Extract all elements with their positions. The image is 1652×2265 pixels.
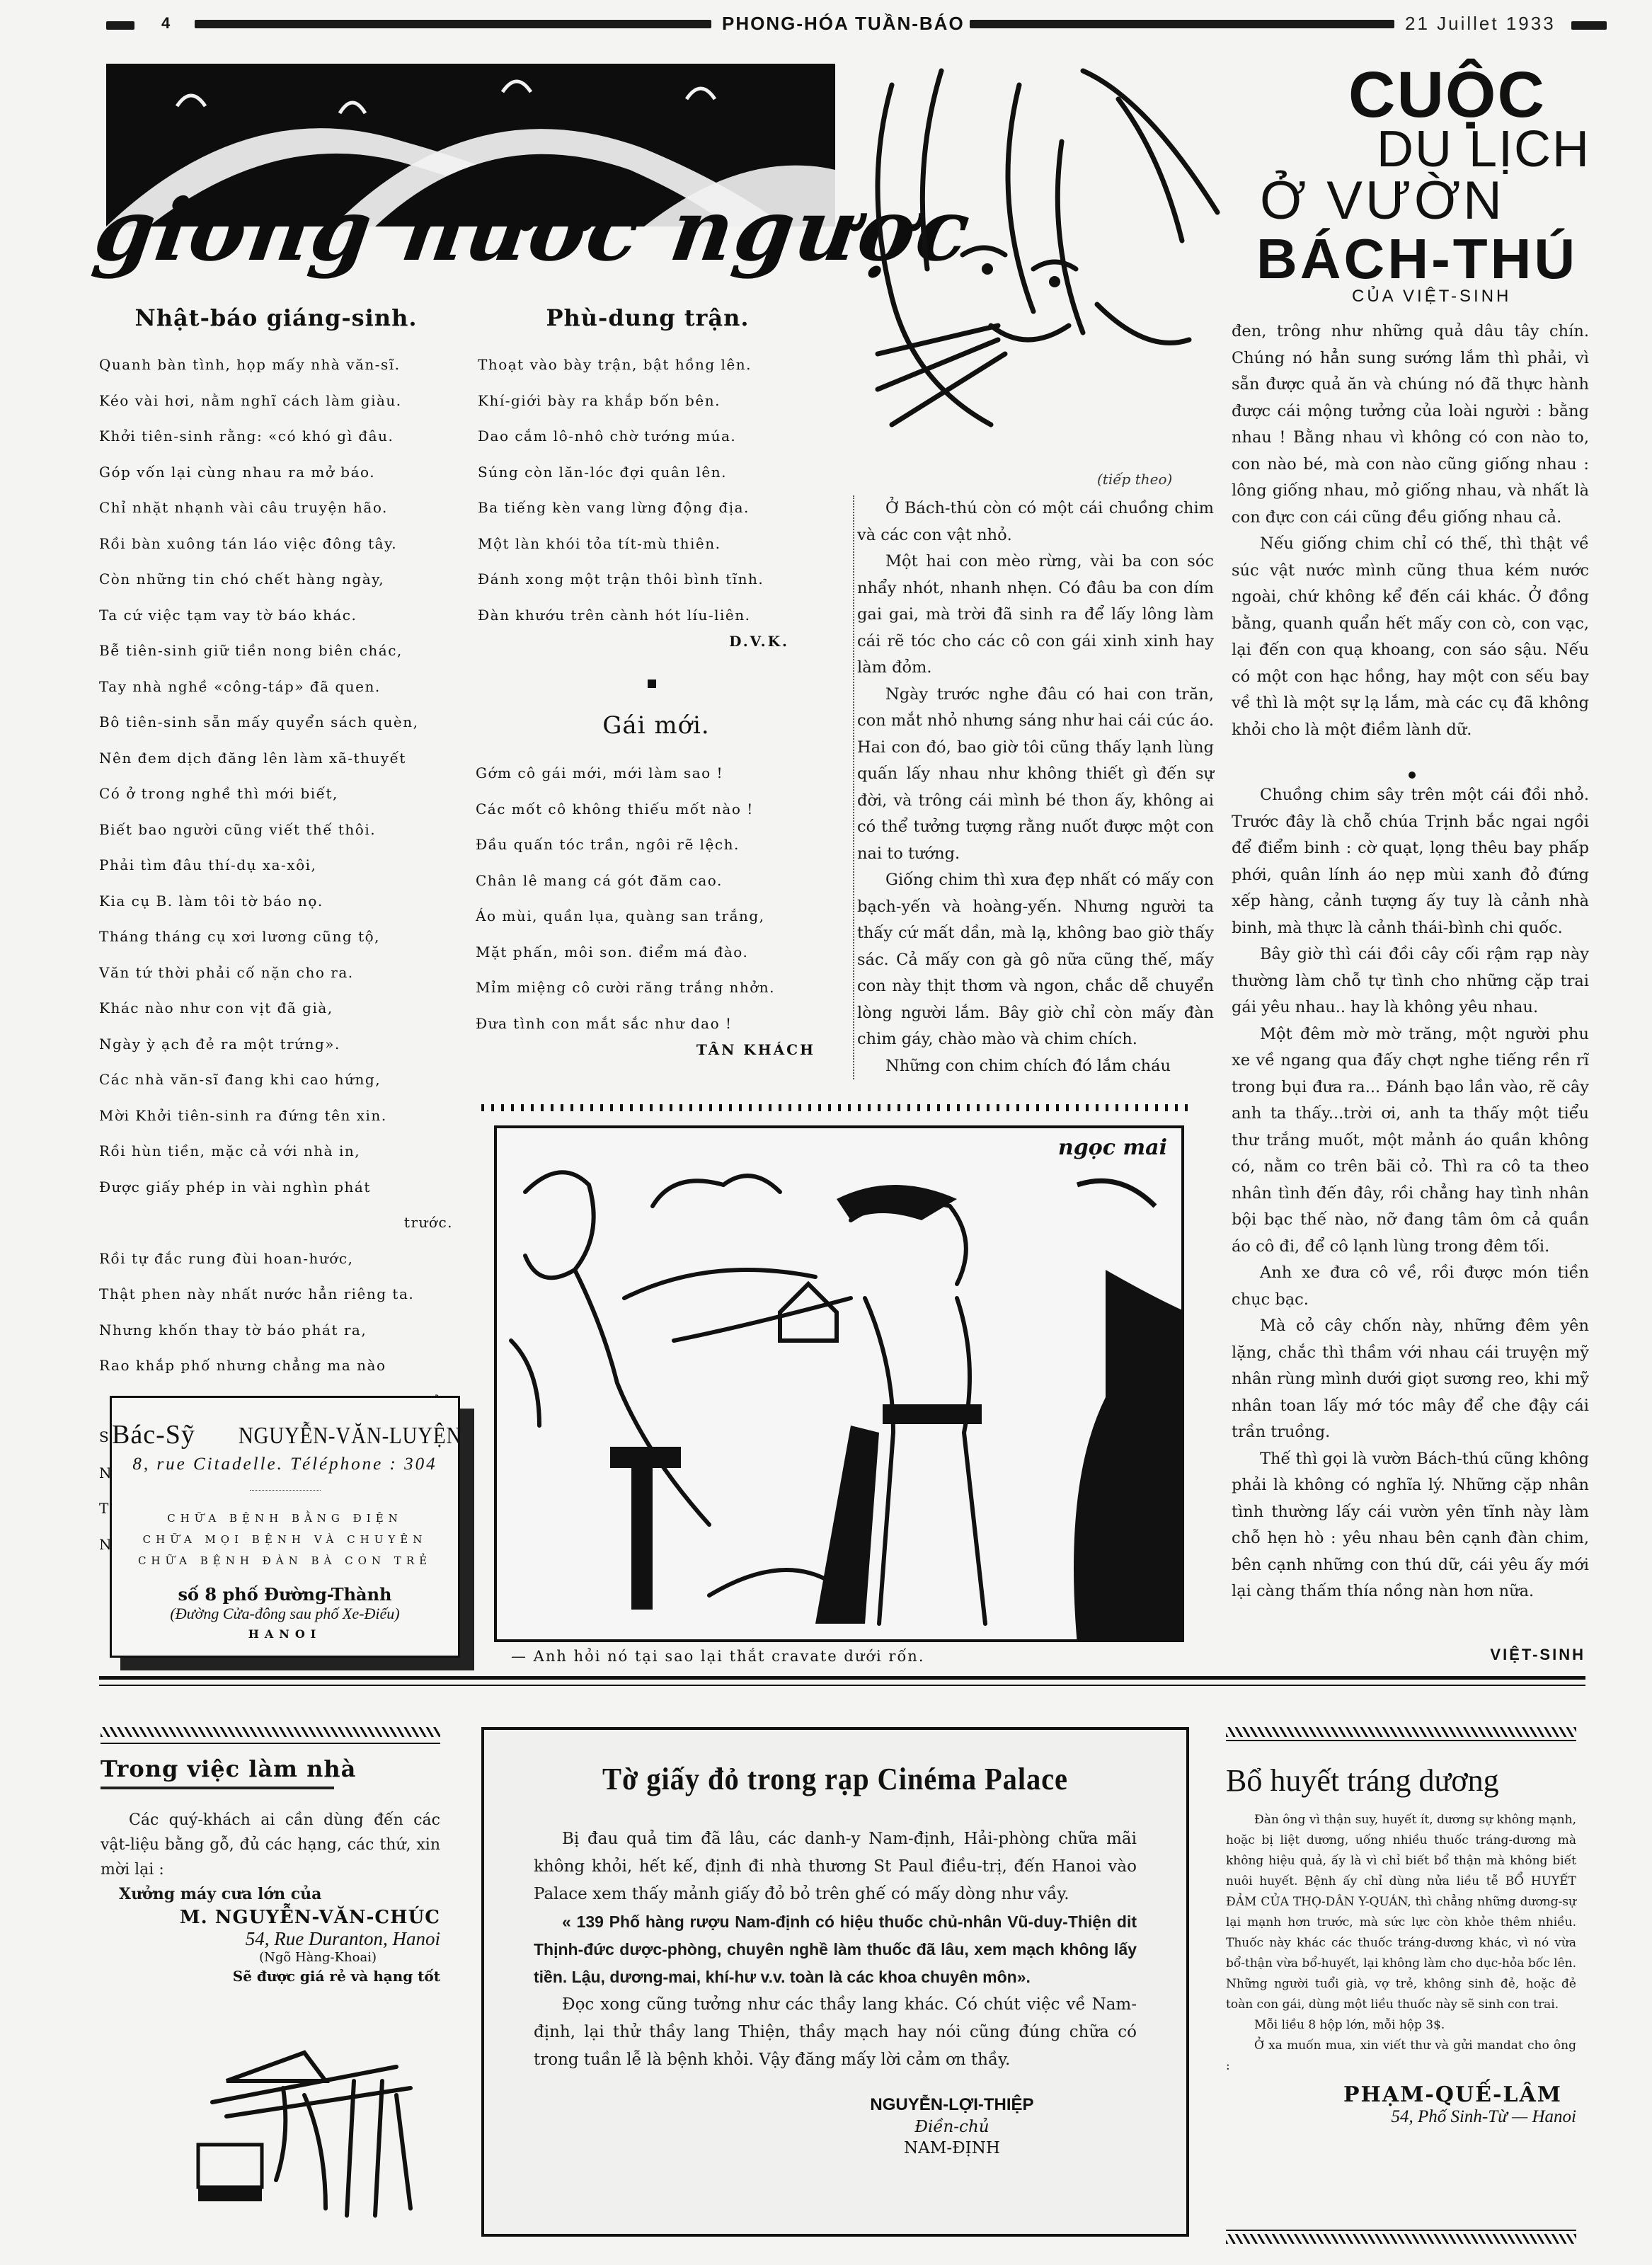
poem-author: TÂN KHÁCH <box>476 1041 837 1058</box>
title-underline <box>101 1787 334 1789</box>
ad-bottom-hatch <box>1226 2234 1576 2244</box>
cinema-ad-title: Tờ giấy đỏ trong rạp Cinéma Palace <box>558 1761 1113 1797</box>
tonic-ad-title: Bổ huyết tráng dương <box>1226 1762 1576 1799</box>
poem-author: D.V.K. <box>478 633 818 650</box>
doctor-ad: Bác-Sỹ NGUYỄN-VĂN-LUYỆN 8, rue Citadelle… <box>110 1396 460 1658</box>
poem-line: Các mốt cô không thiếu mốt nào ! <box>476 791 837 827</box>
cartoon-artist-signature: ngọc mai <box>1058 1135 1167 1160</box>
poem-line: Quanh bàn tình, họp mấy nhà văn-sĩ. <box>99 347 453 383</box>
lumber-ad: Trong việc làm nhà Các quý-khách ai cần … <box>101 1755 440 1985</box>
ad-top-hatch <box>101 1727 440 1737</box>
poem-line: Đánh xong một trận thôi bình tĩnh. <box>478 561 818 597</box>
article-paragraph: Những con chim chích đó lắm cháu <box>857 1053 1214 1080</box>
poem-line: Đàn khướu trên cành hót líu-liên. <box>478 597 818 633</box>
poem-line: Khác nào như con vịt đã già, <box>99 990 453 1026</box>
doctor-name: NGUYỄN-VĂN-LUYỆN <box>239 1423 461 1450</box>
tiger-illustration <box>849 57 1246 439</box>
article-paragraph: đen, trông như những quả dâu tây chín. C… <box>1232 319 1589 531</box>
article-paragraph: Ở Bách-thú còn có một cái chuồng chim và… <box>857 495 1214 549</box>
poem-line: Chân lê mang cá gót đăm cao. <box>476 863 837 899</box>
poem-line: Đưa tình con mắt sắc như dao ! <box>476 1006 837 1042</box>
poem-line: Nhưng khốn thay tờ báo phát ra, <box>99 1312 453 1348</box>
section-divider-dot <box>648 679 656 688</box>
poem-line: Văn tứ thời phải cố nặn cho ra. <box>99 955 453 991</box>
cartoon-drawing-icon <box>497 1128 1184 1642</box>
continued-label: (tiếp theo) <box>1097 471 1172 488</box>
article-paragraph: Một đêm mờ mờ trăng, một người phu xe về… <box>1232 1021 1589 1261</box>
poem-line: Mặt phấn, môi son. điểm má đào. <box>476 934 837 970</box>
poem-line: Kia cụ B. làm tôi tờ báo nọ. <box>99 883 453 919</box>
poem-line: Được giấy phép in vài nghìn phát <box>99 1169 453 1205</box>
poem-line: Kéo vài hơi, nằm nghĩ cách làm giàu. <box>99 383 453 419</box>
tonic-ad-p2: Mỗi liều 8 hộp lớn, mỗi hộp 3$. <box>1226 2015 1576 2036</box>
worker-carrying-wood-illustration <box>184 2038 425 2223</box>
poem-line: Khí-giới bày ra khắp bốn bên. <box>478 383 818 419</box>
article-column-2-part-b: Chuồng chim sây trên một cái đồi nhỏ. Tr… <box>1232 782 1589 1605</box>
article-title-line3: Ở VƯỜN <box>1260 170 1505 231</box>
section-rule <box>99 1676 1585 1680</box>
article-paragraph: Anh xe đưa cô về, rồi được món tiền chục… <box>1232 1260 1589 1313</box>
poem-line: Rồi tự đắc rung đùi hoan-hước, <box>99 1241 453 1277</box>
article-paragraph: Mà cỏ cây chốn này, những đêm yên lặng, … <box>1232 1313 1589 1446</box>
ad-top-hatch <box>1226 1727 1576 1737</box>
banner-title: giòng nước ngược <box>88 180 977 280</box>
poem-line: Phải tìm đâu thí-dụ xa-xôi, <box>99 847 453 883</box>
tonic-ad: Bổ huyết tráng dương Đàn ông vì thận suy… <box>1226 1762 1576 2127</box>
poem-line: Ba tiếng kèn vang lừng động địa. <box>478 490 818 526</box>
doctor-service-line: CHỮA BỆNH ĐÀN BÀ CON TRẺ <box>112 1550 458 1571</box>
poem-line: Rồi hùn tiền, mặc cả với nhà in, <box>99 1133 453 1169</box>
cinema-ad-quote: « 139 Phố hàng rượu Nam-định có hiệu thu… <box>534 1908 1137 1991</box>
poem-line: Gớm cô gái mới, mới làm sao ! <box>476 755 837 791</box>
poem-line: Góp vốn lại cùng nhau ra mở báo. <box>99 454 453 491</box>
publication-name: PHONG-HÓA TUẦN-BÁO <box>722 13 965 35</box>
poem-line: Dao cắm lô-nhô chờ tướng múa. <box>478 418 818 454</box>
poem-line: Tháng tháng cụ xơi lương cũng tộ, <box>99 919 453 955</box>
doctor-services: CHỮA BỆNH BẰNG ĐIỆNCHỮA MỌI BỆNH VÀ CHUY… <box>112 1508 458 1571</box>
cinema-ad-p1: Bị đau quả tim đã lâu, các danh-y Nam-đị… <box>534 1825 1137 1908</box>
doctor-title-prefix: Bác-Sỹ <box>112 1420 195 1450</box>
ad-top-rule <box>1226 1740 1576 1741</box>
article-paragraph: Bây giờ thì cái đồi cây cối rậm rạp này … <box>1232 941 1589 1021</box>
article-paragraph: Giống chim thì xưa đẹp nhất có mấy con b… <box>857 867 1214 1053</box>
poem-title: Nhật-báo giáng-sinh. <box>99 304 453 331</box>
page-number: 4 <box>161 14 171 33</box>
doctor-service-line: CHỮA BỆNH BẰNG ĐIỆN <box>112 1508 458 1529</box>
cartoon-illustration: ngọc mai <box>494 1125 1184 1642</box>
article-column-2-part-a: đen, trông như những quả dâu tây chín. C… <box>1232 319 1589 743</box>
poem-line: Chỉ nhặt nhạnh vài câu truyện hão. <box>99 490 453 526</box>
article-paragraph: Một hai con mèo rừng, vài ba con sóc nhẩ… <box>857 549 1214 682</box>
poem-line: Súng còn lăn-lóc đợi quân lên. <box>478 454 818 491</box>
cartoon-caption: — Anh hỏi nó tại sao lại thắt cravate dư… <box>511 1648 925 1665</box>
doctor-address-note: (Đường Cửa-đông sau phố Xe-Điếu) <box>112 1605 458 1623</box>
tonic-ad-p1: Đàn ông vì thận suy, huyết ít, dương sự … <box>1226 1810 1576 2015</box>
poem-line: Thoạt vào bày trận, bật hồng lên. <box>478 347 818 383</box>
cinema-ad-sig-place: NAM-ĐỊNH <box>767 2139 1137 2157</box>
article-signature: VIỆT-SINH <box>1232 1646 1585 1664</box>
poem-phu-dung-tran: Phù-dung trận. Thoạt vào bày trận, bật h… <box>478 304 818 650</box>
poem-line: Tay nhà nghề «công-táp» đã quen. <box>99 669 453 705</box>
tonic-ad-address: 54, Phố Sinh-Từ — Hanoi <box>1226 2107 1576 2127</box>
poem-line: Rao khắp phố nhưng chẳng ma nào <box>99 1348 453 1384</box>
poem-line: Khởi tiên-sinh rằng: «có khó gì đâu. <box>99 418 453 454</box>
poem-lines: Thoạt vào bày trận, bật hồng lên.Khí-giớ… <box>478 347 818 633</box>
article-paragraph: Thế thì gọi là vườn Bách-thú cũng không … <box>1232 1446 1589 1605</box>
lumber-ad-note: (Ngõ Hàng-Khoai) <box>101 1950 440 1965</box>
section-rule-thin <box>99 1685 1585 1686</box>
section-divider-dot <box>1409 772 1416 779</box>
poem-line: Thật phen này nhất nước hẳn riêng ta. <box>99 1276 453 1312</box>
poem-line: Rồi bàn xuông tán láo việc đông tây. <box>99 526 453 562</box>
article-paragraph: Chuồng chim sây trên một cái đồi nhỏ. Tr… <box>1232 782 1589 941</box>
lumber-ad-title: Trong việc làm nhà <box>101 1755 440 1782</box>
cartoon-top-hatch <box>481 1104 1189 1111</box>
header-rule-left <box>106 21 134 30</box>
lumber-ad-tagline: Sẽ được giá rẻ và hạng tốt <box>101 1968 440 1985</box>
article-column-1: Ở Bách-thú còn có một cái chuồng chim và… <box>853 495 1214 1079</box>
cinema-ad-sig-name: NGUYỄN-LỢI-THIỆP <box>767 2095 1137 2115</box>
poem-line: Ta cứ việc tạm vay tờ báo khác. <box>99 597 453 633</box>
poem-line: Biết bao người cũng viết thế thôi. <box>99 812 453 848</box>
poem-line: Bô tiên-sinh sẵn mấy quyển sách quèn, <box>99 704 453 740</box>
poem-title: Phù-dung trận. <box>478 304 818 331</box>
poem-line: Một làn khói tỏa tít-mù thiên. <box>478 526 818 562</box>
article-paragraph: Nếu giống chim chỉ có thế, thì thật về s… <box>1232 531 1589 743</box>
cinema-ad-p2: Đọc xong cũng tưởng như các thầy lang kh… <box>534 1991 1137 2074</box>
divider <box>250 1490 321 1491</box>
header-rule-left-long <box>195 20 711 28</box>
article-byline: CỦA VIỆT-SINH <box>1352 287 1511 306</box>
poem-line: Áo mùi, quần lụa, quàng san trắng, <box>476 898 837 934</box>
poem-line: trước. <box>99 1205 453 1241</box>
article-paragraph: Ngày trước nghe đâu có hai con trăn, con… <box>857 682 1214 868</box>
poem-line: Các nhà văn-sĩ đang khi cao hứng, <box>99 1062 453 1098</box>
poem-line: Bễ tiên-sinh giữ tiền nong biên chác, <box>99 633 453 669</box>
lumber-ad-body: Các quý-khách ai cần dùng đến các vật-li… <box>101 1808 440 1907</box>
poem-line: Mời Khởi tiên-sinh ra đứng tên xin. <box>99 1098 453 1134</box>
cinema-ad-sig-role: Điền-chủ <box>767 2118 1137 2136</box>
issue-date: 21 Juillet 1933 <box>1405 13 1556 35</box>
lumber-ad-address: 54, Rue Duranton, Hanoi <box>101 1928 440 1950</box>
lumber-ad-name: M. NGUYỄN-VĂN-CHÚC <box>101 1907 440 1928</box>
poem-line: Mỉm miệng cô cười răng trắng nhởn. <box>476 970 837 1006</box>
poem-title: Gái mới. <box>476 711 837 740</box>
doctor-address-vn: số 8 phố Đường-Thành <box>112 1584 458 1605</box>
article-title-line4: BÁCH-THÚ <box>1256 226 1578 292</box>
doctor-city: HANOI <box>112 1627 458 1641</box>
header-rule-right <box>970 20 1394 28</box>
doctor-service-line: CHỮA MỌI BỆNH VÀ CHUYÊN <box>112 1529 458 1550</box>
poem-line: Có ở trong nghề thì mới biết, <box>99 776 453 812</box>
tonic-ad-p3: Ở xa muốn mua, xin viết thư và gửi manda… <box>1226 2036 1576 2077</box>
poem-gai-moi: Gái mới. Gớm cô gái mới, mới làm sao !Cá… <box>476 711 837 1058</box>
doctor-address-fr: 8, rue Citadelle. Téléphone : 304 <box>112 1455 458 1474</box>
poem-line: Nên đem dịch đăng lên làm xã-thuyết <box>99 740 453 776</box>
ad-bottom-rule <box>1226 2230 1576 2231</box>
poem-lines: Gớm cô gái mới, mới làm sao !Các mốt cô … <box>476 755 837 1041</box>
header-rule-end <box>1571 21 1607 30</box>
cinema-palace-ad: Tờ giấy đỏ trong rạp Cinéma Palace Bị đa… <box>481 1727 1189 2237</box>
tonic-ad-name: PHẠM-QUẾ-LÂM <box>1226 2082 1576 2107</box>
poem-line: Ngày ỳ ạch đẻ ra một trứng». <box>99 1026 453 1062</box>
poem-line: Còn những tin chó chết hàng ngày, <box>99 561 453 597</box>
ad-top-rule <box>101 1743 440 1744</box>
poem-line: Đầu quấn tóc trần, ngôi rẽ lệch. <box>476 827 837 863</box>
